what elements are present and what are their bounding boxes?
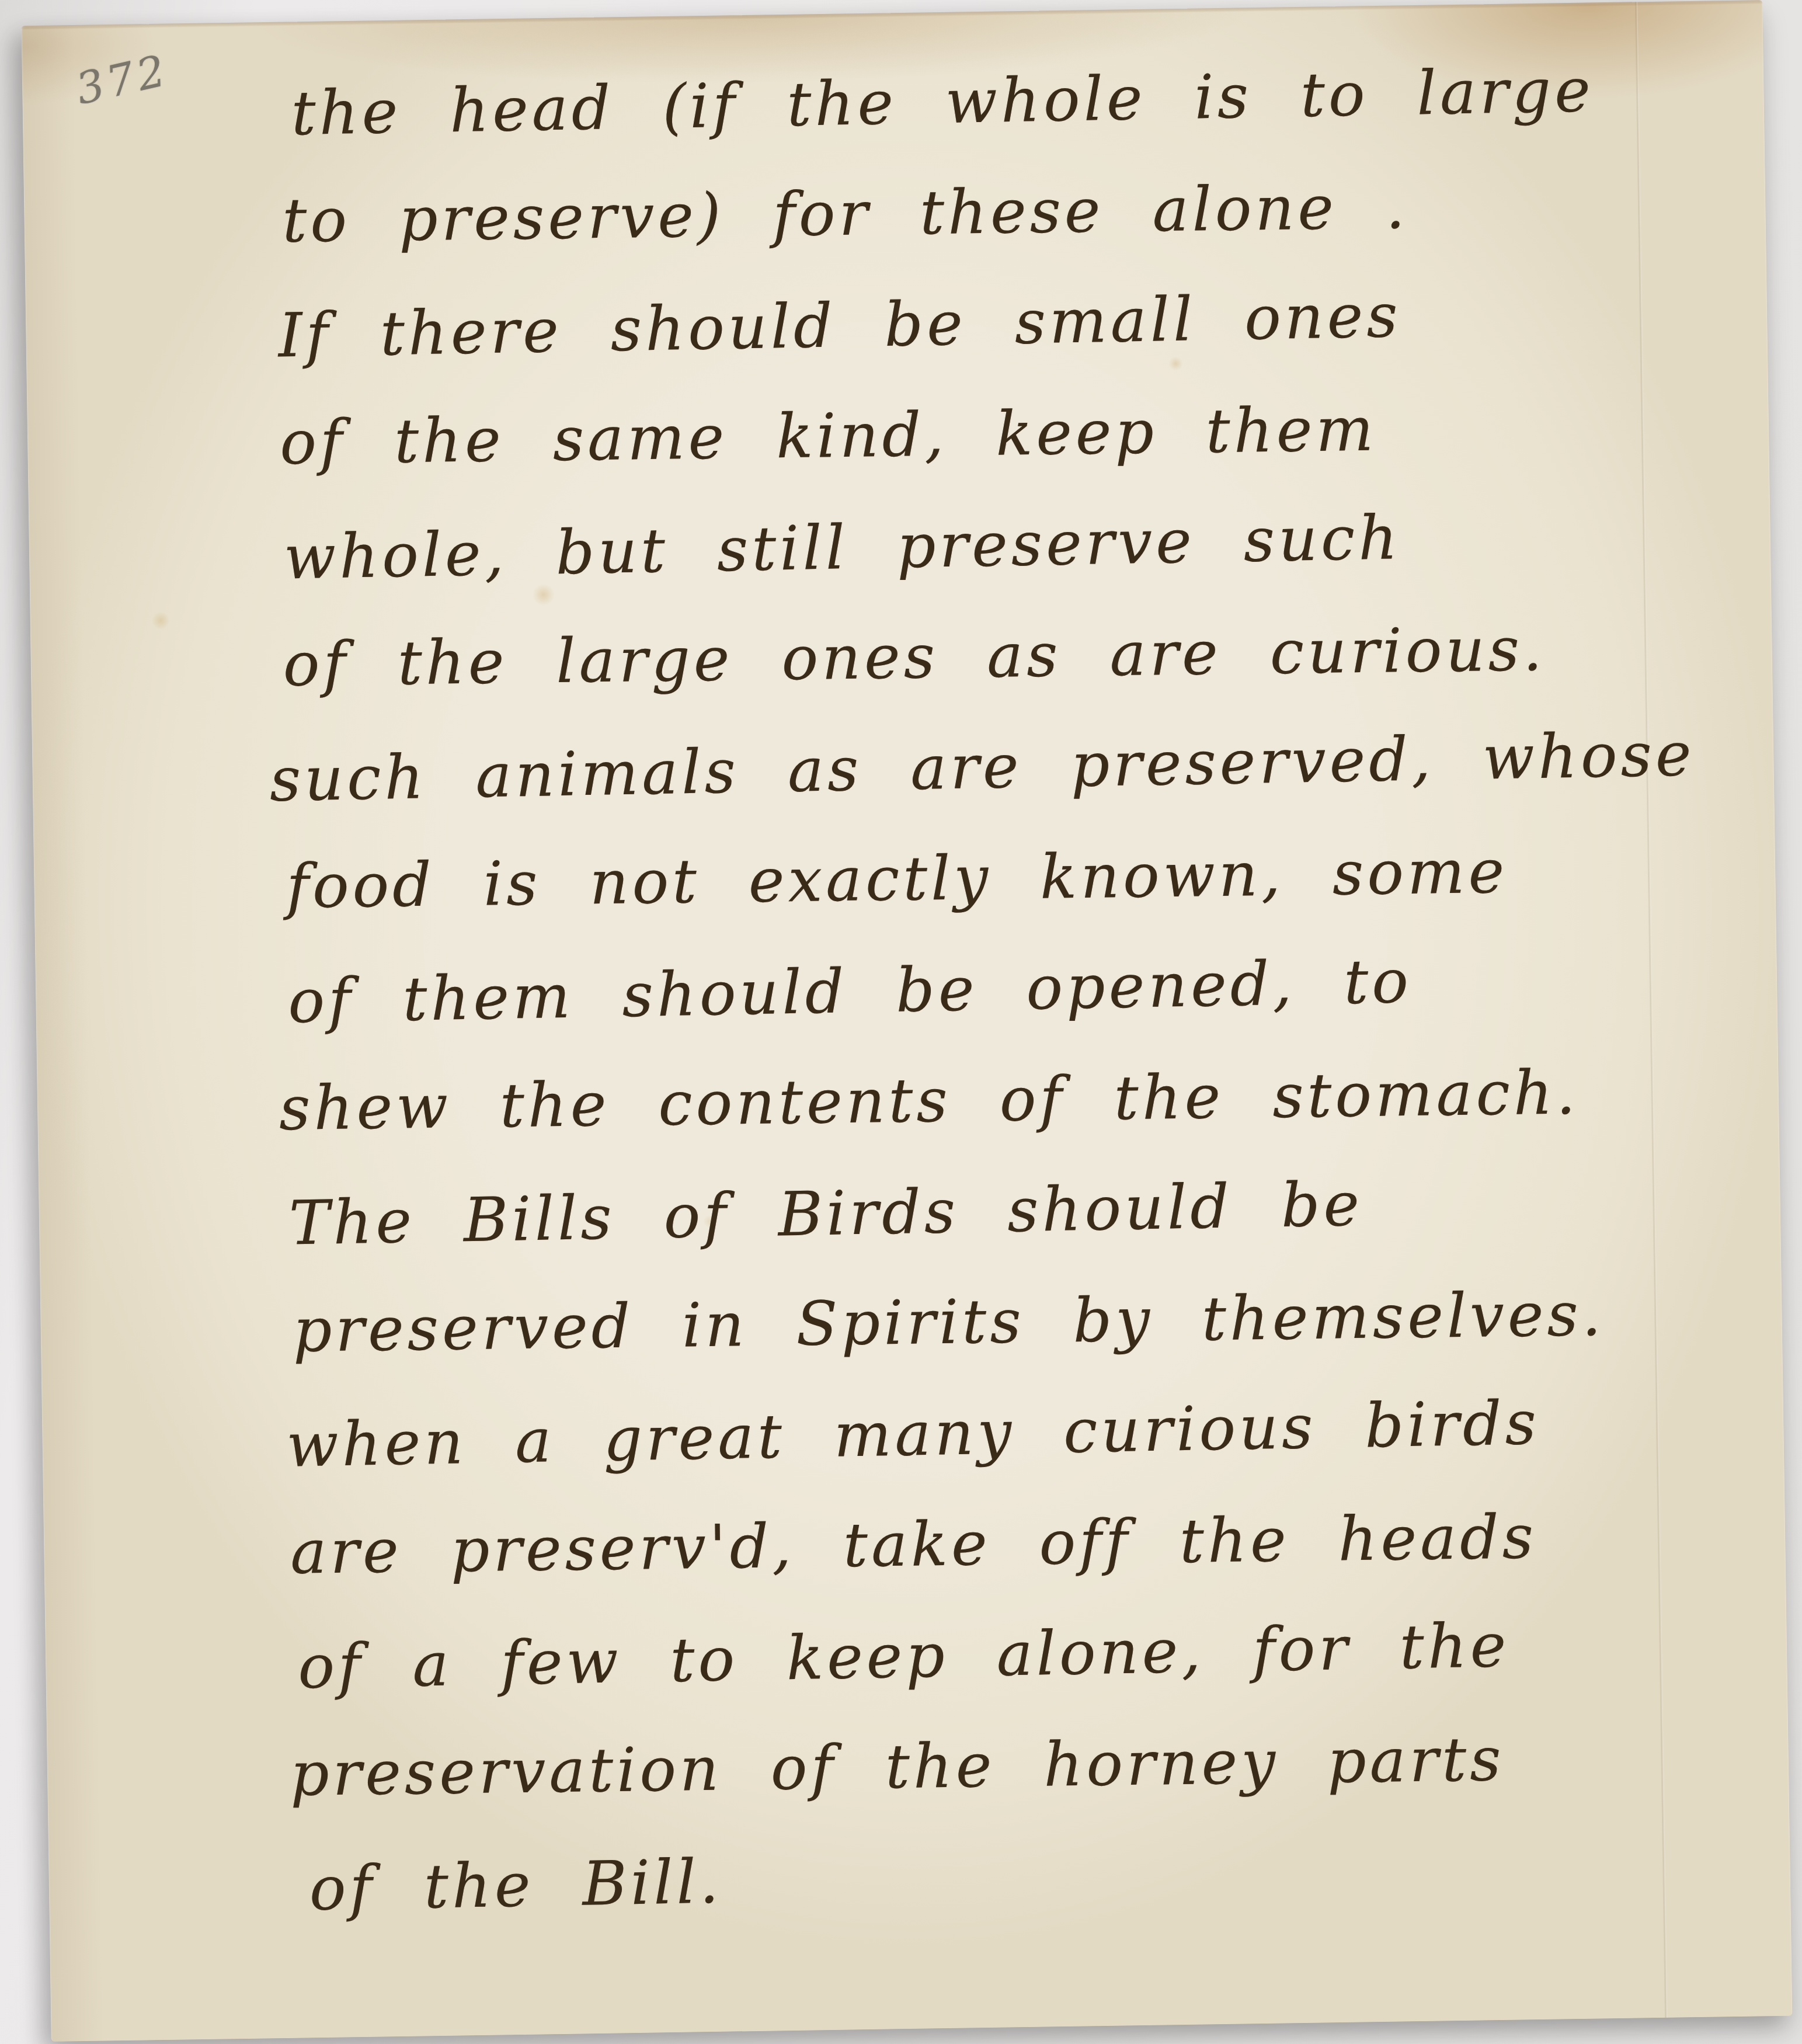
manuscript-page: 372 the head (if the whole is to large t…: [22, 0, 1793, 2042]
manuscript-line: food is not exactly known, some: [286, 814, 1688, 942]
manuscript-line: such animals as are preserved, whose: [269, 698, 1687, 835]
manuscript-line: the head (if the whole is to large: [290, 33, 1677, 169]
manuscript-line: If there should be small ones: [277, 255, 1681, 391]
manuscript-line: of the Bill.: [308, 1808, 1703, 1944]
manuscript-line: to preserve) for these alone .: [281, 148, 1678, 276]
manuscript-line: The Bills of Birds should be: [288, 1142, 1693, 1278]
manuscript-line: of the large ones as are curious.: [283, 592, 1685, 720]
manuscript-line: of the same kind, keep them: [279, 370, 1682, 498]
manuscript-line: preservation of the horney parts: [290, 1701, 1702, 1830]
handwritten-text: the head (if the whole is to large to pr…: [22, 0, 1791, 1946]
manuscript-line: of a few to keep alone, for the: [297, 1586, 1700, 1722]
photo-backdrop: 372 the head (if the whole is to large t…: [0, 0, 1802, 2044]
manuscript-line: of them should be opened, to: [287, 920, 1690, 1056]
manuscript-line: when a great many curious birds: [286, 1364, 1697, 1500]
manuscript-line: are preserv'd, take off the heads: [290, 1479, 1698, 1608]
manuscript-line: preserved in Spirits by themselves.: [293, 1257, 1695, 1386]
manuscript-line: shew the contents of the stomach.: [279, 1035, 1692, 1164]
manuscript-line: whole, but still preserve such: [283, 477, 1683, 613]
